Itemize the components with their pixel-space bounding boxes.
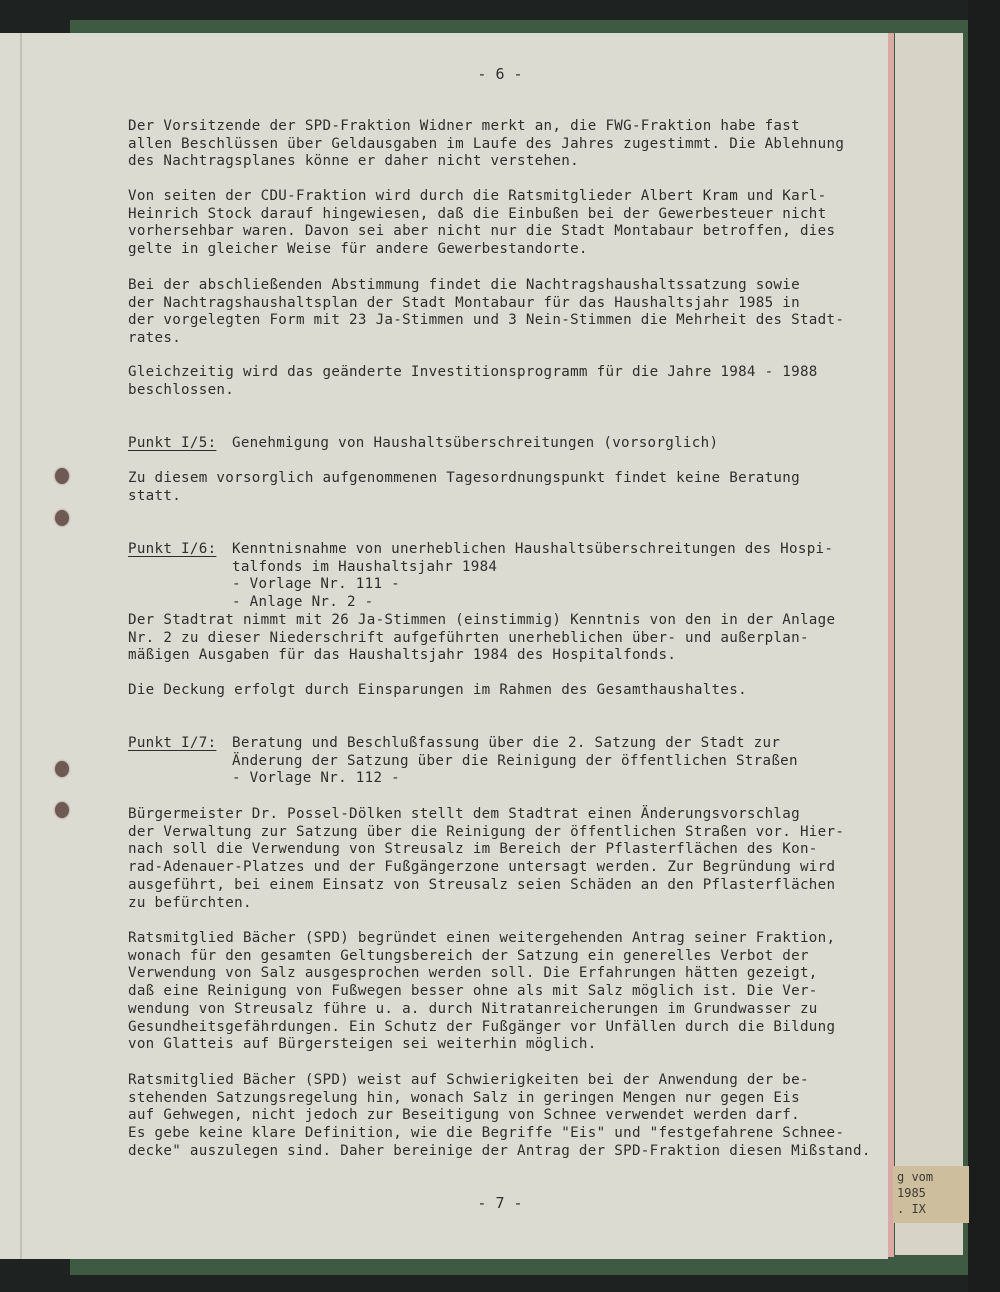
punch-hole-icon [55,761,69,777]
paragraph-i5-note: Zu diesem vorsorglich aufgenommenen Tage… [128,470,868,505]
paragraph-spd-statement: Der Vorsitzende der SPD-Fraktion Widner … [128,118,868,171]
page-number-top: - 6 - [0,65,1000,83]
punch-hole-icon [55,468,69,484]
spine-label-line: 1985 [897,1185,969,1201]
agenda-item-title: Beratung und Beschlußfassung über die 2.… [232,735,798,788]
agenda-item-label: Punkt I/5: [128,435,216,453]
paragraph-spd-difficulties: Ratsmitglied Bächer (SPD) weist auf Schw… [128,1072,868,1161]
paragraph-i6-decision: Der Stadtrat nimmt mit 26 Ja-Stimmen (ei… [128,612,868,665]
page-edge-stripe [888,33,894,1257]
agenda-item-title: Genehmigung von Haushaltsüberschreitunge… [232,435,718,453]
spine-label-line: g vom [897,1169,969,1185]
paragraph-cdu-statement: Von seiten der CDU-Fraktion wird durch d… [128,188,868,259]
agenda-item-label: Punkt I/6: [128,541,216,559]
paragraph-spd-motion: Ratsmitglied Bächer (SPD) begründet eine… [128,930,868,1054]
punch-hole-icon [55,802,69,818]
paragraph-i6-coverage: Die Deckung erfolgt durch Einsparungen i… [128,682,868,700]
paragraph-vote-result: Bei der abschließenden Abstimmung findet… [128,277,868,348]
punch-hole-icon [55,510,69,526]
binder-edge [968,0,1000,1292]
agenda-item-label: Punkt I/7: [128,735,216,753]
paragraph-investment-program: Gleichzeitig wird das geänderte Investit… [128,364,868,399]
underlying-page [895,33,963,1255]
page-fold-line [20,33,22,1259]
spine-label: g vom 1985 . IX [893,1166,969,1223]
spine-label-line: . IX [897,1201,969,1217]
page-number-bottom: - 7 - [0,1194,1000,1212]
paragraph-mayor-proposal: Bürgermeister Dr. Possel-Dölken stellt d… [128,806,868,912]
agenda-item-title: Kenntnisnahme von unerheblichen Haushalt… [232,541,833,612]
